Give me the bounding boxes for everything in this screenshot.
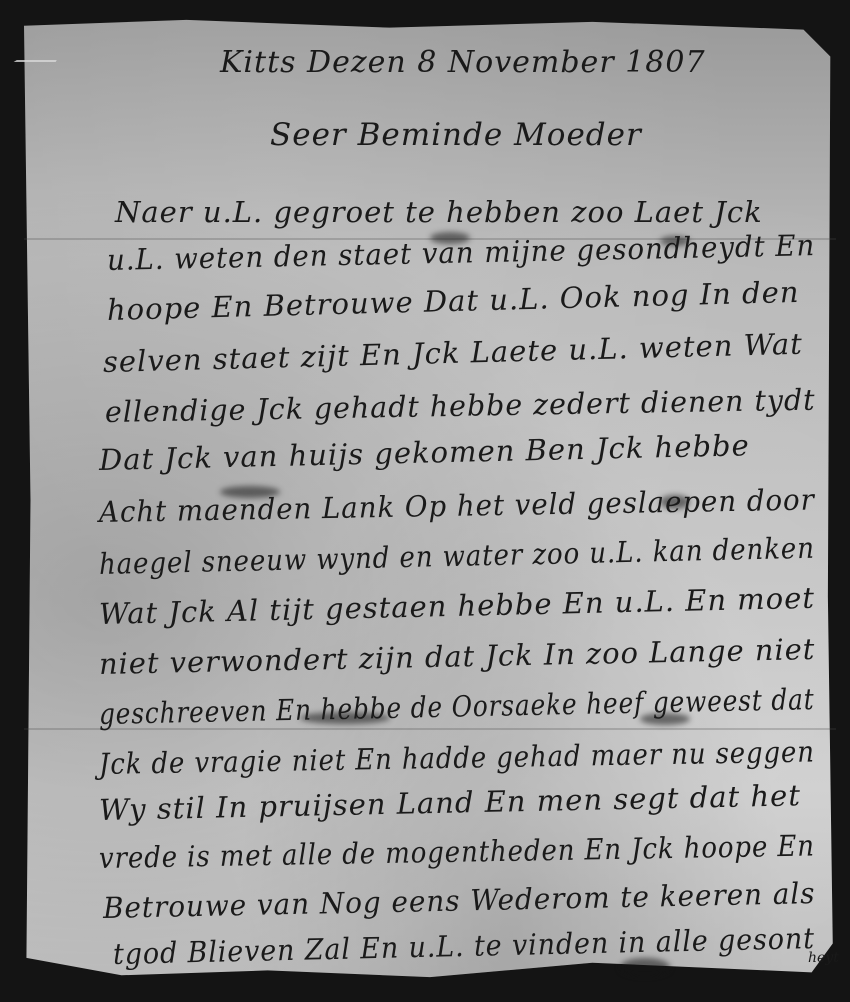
letter-heading: Kitts Dezen 8 November 1807 (220, 45, 706, 80)
letter-salutation: Seer Beminde Moeder (270, 117, 642, 153)
body-line: Naer u.L. gegroet te hebben zoo Laet Jck (115, 195, 763, 229)
margin-note: heyt (808, 950, 839, 966)
ink-stain (620, 958, 670, 976)
scanned-letter-page: Kitts Dezen 8 November 1807 Seer Beminde… (0, 0, 850, 1002)
